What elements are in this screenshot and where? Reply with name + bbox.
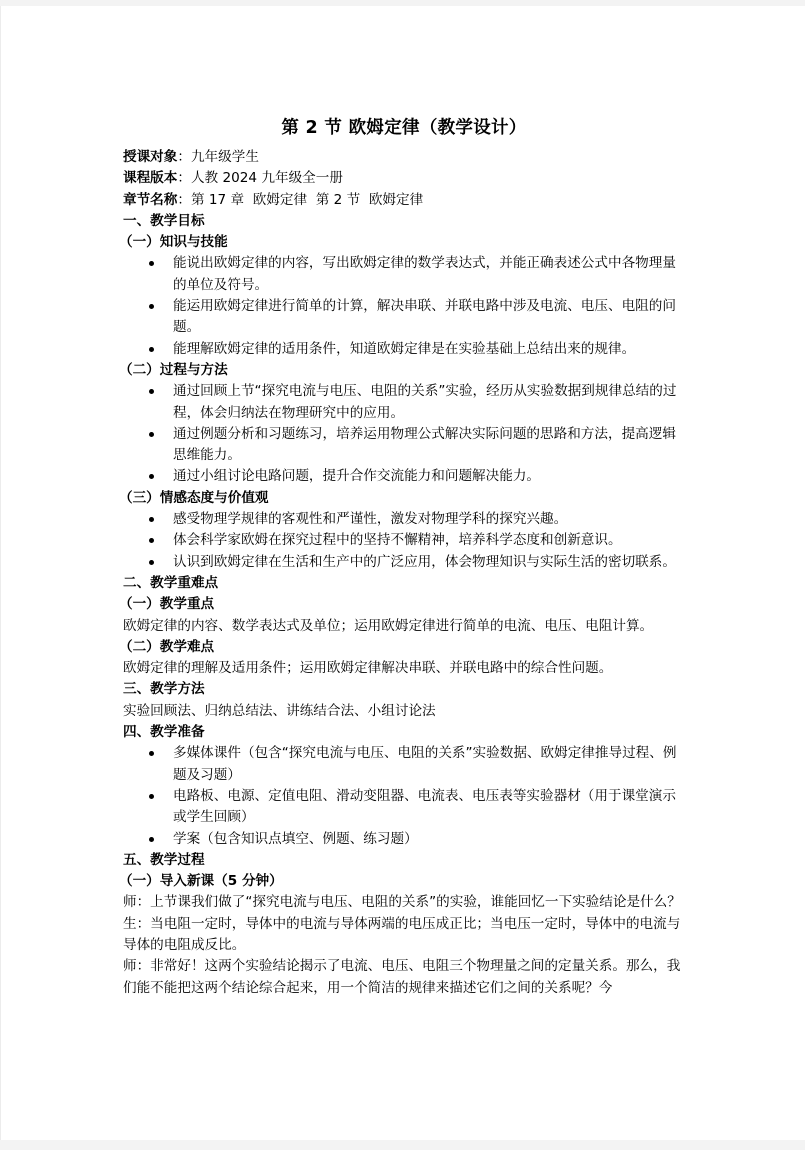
paragraph-methods: 实验回顾法、归纳总结法、讲练结合法、小组讨论法 [123, 701, 685, 722]
list-item: 学案（包含知识点填空、例题、练习题） [173, 829, 685, 850]
meta-edition: 课程版本：人教 2024 九年级全一册 [123, 168, 685, 189]
list-item: 能理解欧姆定律的适用条件，知道欧姆定律是在实验基础上总结出来的规律。 [173, 339, 685, 360]
list-item: 通过例题分析和习题练习，培养运用物理公式解决实际问题的思路和方法，提高逻辑思维能… [173, 424, 685, 467]
bullet-icon [149, 794, 154, 799]
meta-audience: 授课对象：九年级学生 [123, 147, 685, 168]
meta-separator: ： [177, 170, 191, 186]
bullet-list-preparation: 多媒体课件（包含“探究电流与电压、电阻的关系”实验数据、欧姆定律推导过程、例题及… [123, 743, 685, 849]
meta-value: 第 17 章 欧姆定律 第 2 节 欧姆定律 [191, 192, 423, 208]
dialogue-teacher-1: 师：上节课我们做了“探究电流与电压、电阻的关系”的实验，谁能回忆一下实验结论是什… [123, 892, 685, 913]
bullet-icon [149, 261, 154, 266]
section-heading-preparation: 四、教学准备 [123, 722, 685, 743]
list-item-text: 认识到欧姆定律在生活和生产中的广泛应用，体会物理知识与实际生活的密切联系。 [173, 554, 676, 570]
list-item-text: 通过小组讨论电路问题，提升合作交流能力和问题解决能力。 [173, 468, 540, 484]
bullet-icon [149, 837, 154, 842]
bullet-list-process: 通过回顾上节“探究电流与电压、电阻的关系”实验，经历从实验数据到规律总结的过程，… [123, 381, 685, 487]
list-item-text: 通过例题分析和习题练习，培养运用物理公式解决实际问题的思路和方法，提高逻辑思维能… [173, 426, 676, 463]
meta-label: 课程版本 [123, 170, 177, 186]
list-item: 体会科学家欧姆在探究过程中的坚持不懈精神，培养科学态度和创新意识。 [173, 530, 685, 551]
list-item-text: 能运用欧姆定律进行简单的计算，解决串联、并联电路中涉及电流、电压、电阻的问题。 [173, 298, 676, 335]
list-item: 电路板、电源、定值电阻、滑动变阻器、电流表、电压表等实验器材（用于课堂演示或学生… [173, 786, 685, 829]
bullet-icon [149, 517, 154, 522]
document-title: 第 2 节 欧姆定律（教学设计） [123, 114, 685, 142]
list-item-text: 学案（包含知识点填空、例题、练习题） [173, 831, 418, 847]
paragraph-difficulty: 欧姆定律的理解及适用条件；运用欧姆定律解决串联、并联电路中的综合性问题。 [123, 658, 685, 679]
meta-value: 人教 2024 九年级全一册 [191, 170, 343, 186]
bullet-list-values: 感受物理学规律的客观性和严谨性，激发对物理学科的探究兴趣。 体会科学家欧姆在探究… [123, 509, 685, 573]
meta-value: 九年级学生 [191, 149, 259, 165]
list-item: 多媒体课件（包含“探究电流与电压、电阻的关系”实验数据、欧姆定律推导过程、例题及… [173, 743, 685, 786]
list-item: 认识到欧姆定律在生活和生产中的广泛应用，体会物理知识与实际生活的密切联系。 [173, 552, 685, 573]
section-heading-objectives: 一、教学目标 [123, 211, 685, 232]
list-item-text: 通过回顾上节“探究电流与电压、电阻的关系”实验，经历从实验数据到规律总结的过程，… [173, 383, 676, 420]
meta-label: 章节名称 [123, 192, 177, 208]
subsection-heading-process: （二）过程与方法 [119, 360, 685, 381]
bullet-icon [149, 432, 154, 437]
list-item-text: 电路板、电源、定值电阻、滑动变阻器、电流表、电压表等实验器材（用于课堂演示或学生… [173, 788, 676, 825]
list-item: 感受物理学规律的客观性和严谨性，激发对物理学科的探究兴趣。 [173, 509, 685, 530]
list-item: 通过回顾上节“探究电流与电压、电阻的关系”实验，经历从实验数据到规律总结的过程，… [173, 381, 685, 424]
list-item: 能说出欧姆定律的内容，写出欧姆定律的数学表达式，并能正确表述公式中各物理量的单位… [173, 253, 685, 296]
bullet-icon [149, 347, 154, 352]
bullet-list-knowledge: 能说出欧姆定律的内容，写出欧姆定律的数学表达式，并能正确表述公式中各物理量的单位… [123, 253, 685, 359]
list-item-text: 体会科学家欧姆在探究过程中的坚持不懈精神，培养科学态度和创新意识。 [173, 532, 622, 548]
bullet-icon [149, 751, 154, 756]
list-item: 能运用欧姆定律进行简单的计算，解决串联、并联电路中涉及电流、电压、电阻的问题。 [173, 296, 685, 339]
bullet-icon [149, 538, 154, 543]
meta-chapter: 章节名称：第 17 章 欧姆定律 第 2 节 欧姆定律 [123, 190, 685, 211]
subsection-heading-difficulty: （二）教学难点 [119, 637, 685, 658]
meta-separator: ： [177, 192, 191, 208]
document-page: 第 2 节 欧姆定律（教学设计） 授课对象：九年级学生 课程版本：人教 2024… [0, 6, 805, 1140]
meta-label: 授课对象 [123, 149, 177, 165]
subsection-heading-intro: （一）导入新课（5 分钟） [119, 871, 685, 892]
bullet-icon [149, 474, 154, 479]
bullet-icon [149, 389, 154, 394]
list-item-text: 多媒体课件（包含“探究电流与电压、电阻的关系”实验数据、欧姆定律推导过程、例题及… [173, 745, 676, 782]
section-heading-methods: 三、教学方法 [123, 679, 685, 700]
section-heading-key-points: 二、教学重难点 [123, 573, 685, 594]
list-item-text: 感受物理学规律的客观性和严谨性，激发对物理学科的探究兴趣。 [173, 511, 567, 527]
subsection-heading-values: （三）情感态度与价值观 [119, 488, 685, 509]
document-content: 第 2 节 欧姆定律（教学设计） 授课对象：九年级学生 课程版本：人教 2024… [123, 114, 685, 999]
subsection-heading-knowledge: （一）知识与技能 [119, 232, 685, 253]
paragraph-focus: 欧姆定律的内容、数学表达式及单位；运用欧姆定律进行简单的电流、电压、电阻计算。 [123, 616, 685, 637]
dialogue-teacher-2: 师：非常好！这两个实验结论揭示了电流、电压、电阻三个物理量之间的定量关系。那么，… [123, 956, 685, 999]
bullet-icon [149, 304, 154, 309]
section-heading-process: 五、教学过程 [123, 850, 685, 871]
list-item-text: 能说出欧姆定律的内容，写出欧姆定律的数学表达式，并能正确表述公式中各物理量的单位… [173, 255, 676, 292]
list-item-text: 能理解欧姆定律的适用条件，知道欧姆定律是在实验基础上总结出来的规律。 [173, 341, 635, 357]
list-item: 通过小组讨论电路问题，提升合作交流能力和问题解决能力。 [173, 466, 685, 487]
bullet-icon [149, 560, 154, 565]
subsection-heading-focus: （一）教学重点 [119, 594, 685, 615]
meta-separator: ： [177, 149, 191, 165]
dialogue-student-1: 生：当电阻一定时，导体中的电流与导体两端的电压成正比；当电压一定时，导体中的电流… [123, 914, 685, 957]
